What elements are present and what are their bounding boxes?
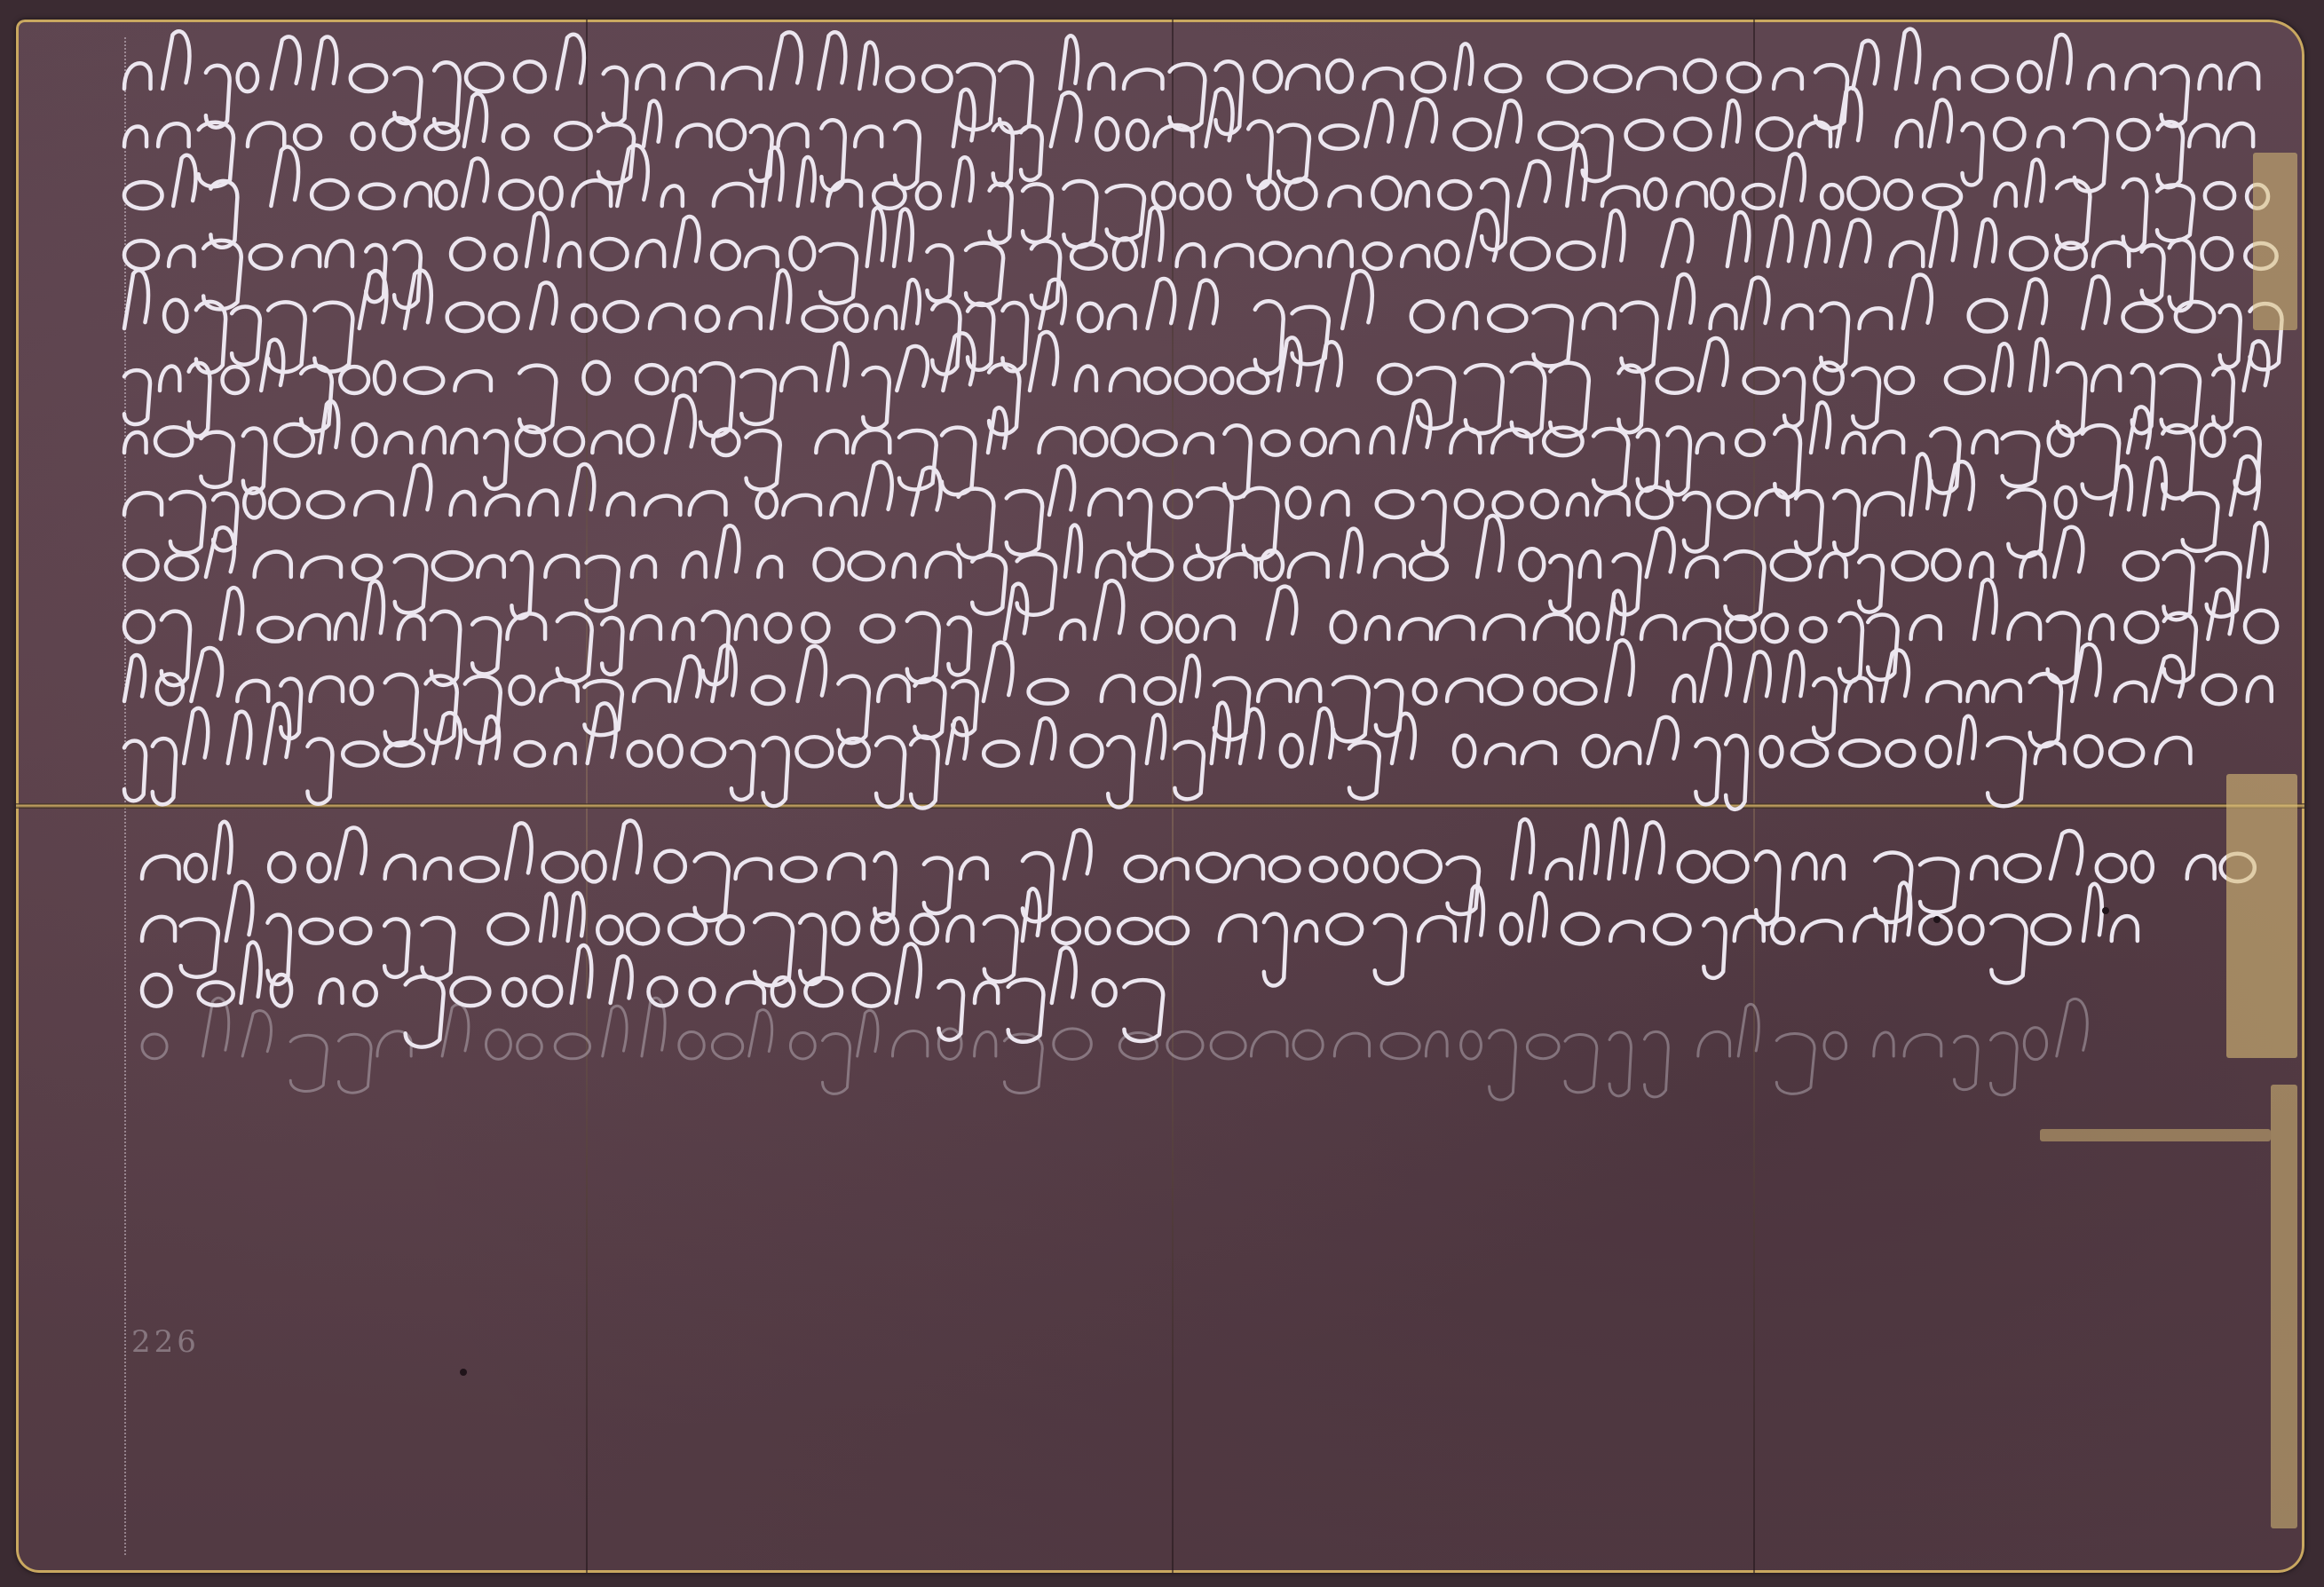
edge-damage <box>2271 1085 2297 1528</box>
wormhole <box>1933 916 1941 923</box>
parabaik-page: 226 <box>16 20 2304 1573</box>
edge-damage <box>2040 1129 2271 1141</box>
script-glyphs <box>124 703 2190 809</box>
manuscript-photo: 226 <box>0 0 2324 1587</box>
wormhole <box>460 1369 467 1376</box>
script-glyphs <box>142 998 2087 1100</box>
script-line <box>16 1003 2102 1101</box>
script-line <box>16 710 2217 808</box>
wormhole <box>2102 907 2109 914</box>
page-number: 226 <box>131 1324 200 1360</box>
